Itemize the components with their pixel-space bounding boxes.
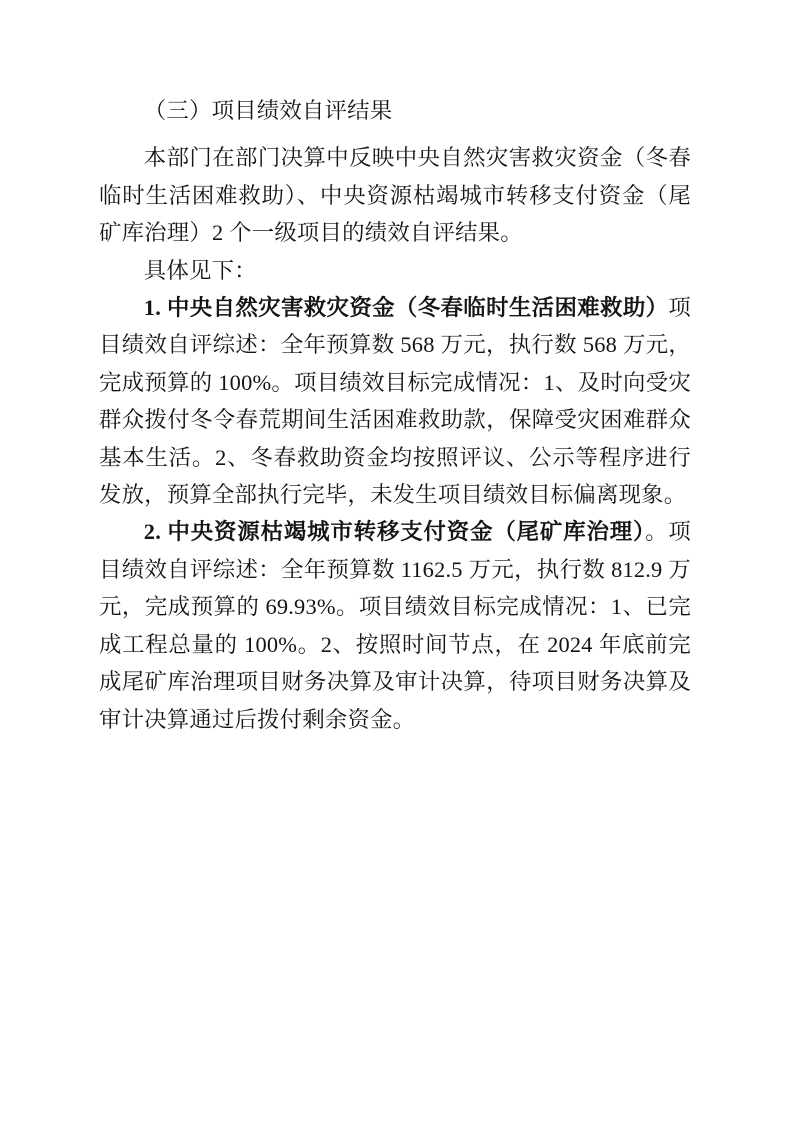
document-page: （三）项目绩效自评结果 本部门在部门决算中反映中央自然灾害救灾资金（冬春临时生活… — [0, 0, 793, 1122]
paragraph-project-2: 2. 中央资源枯竭城市转移支付资金（尾矿库治理）。项目绩效自评综述：全年预算数 … — [99, 513, 691, 737]
project-2-detail: 。项目绩效自评综述：全年预算数 1162.5 万元，执行数 812.9 万元，完… — [99, 519, 691, 731]
project-1-detail: 项目绩效自评综述：全年预算数 568 万元，执行数 568 万元，完成预算的 1… — [99, 295, 691, 507]
project-1-title: 1. 中央自然灾害救灾资金（冬春临时生活困难救助） — [144, 295, 669, 320]
paragraph-lead-in-text: 具体见下： — [144, 258, 257, 283]
paragraph-summary: 本部门在部门决算中反映中央自然灾害救灾资金（冬春临时生活困难救助）、中央资源枯竭… — [99, 139, 691, 251]
document-body: （三）项目绩效自评结果 本部门在部门决算中反映中央自然灾害救灾资金（冬春临时生活… — [99, 92, 691, 738]
paragraph-lead-in: 具体见下： — [99, 252, 691, 289]
paragraph-project-1: 1. 中央自然灾害救灾资金（冬春临时生活困难救助）项目绩效自评综述：全年预算数 … — [99, 289, 691, 513]
section-heading: （三）项目绩效自评结果 — [99, 92, 691, 129]
paragraph-summary-text: 本部门在部门决算中反映中央自然灾害救灾资金（冬春临时生活困难救助）、中央资源枯竭… — [99, 145, 691, 245]
project-2-title: 2. 中央资源枯竭城市转移支付资金（尾矿库治理） — [144, 519, 645, 544]
